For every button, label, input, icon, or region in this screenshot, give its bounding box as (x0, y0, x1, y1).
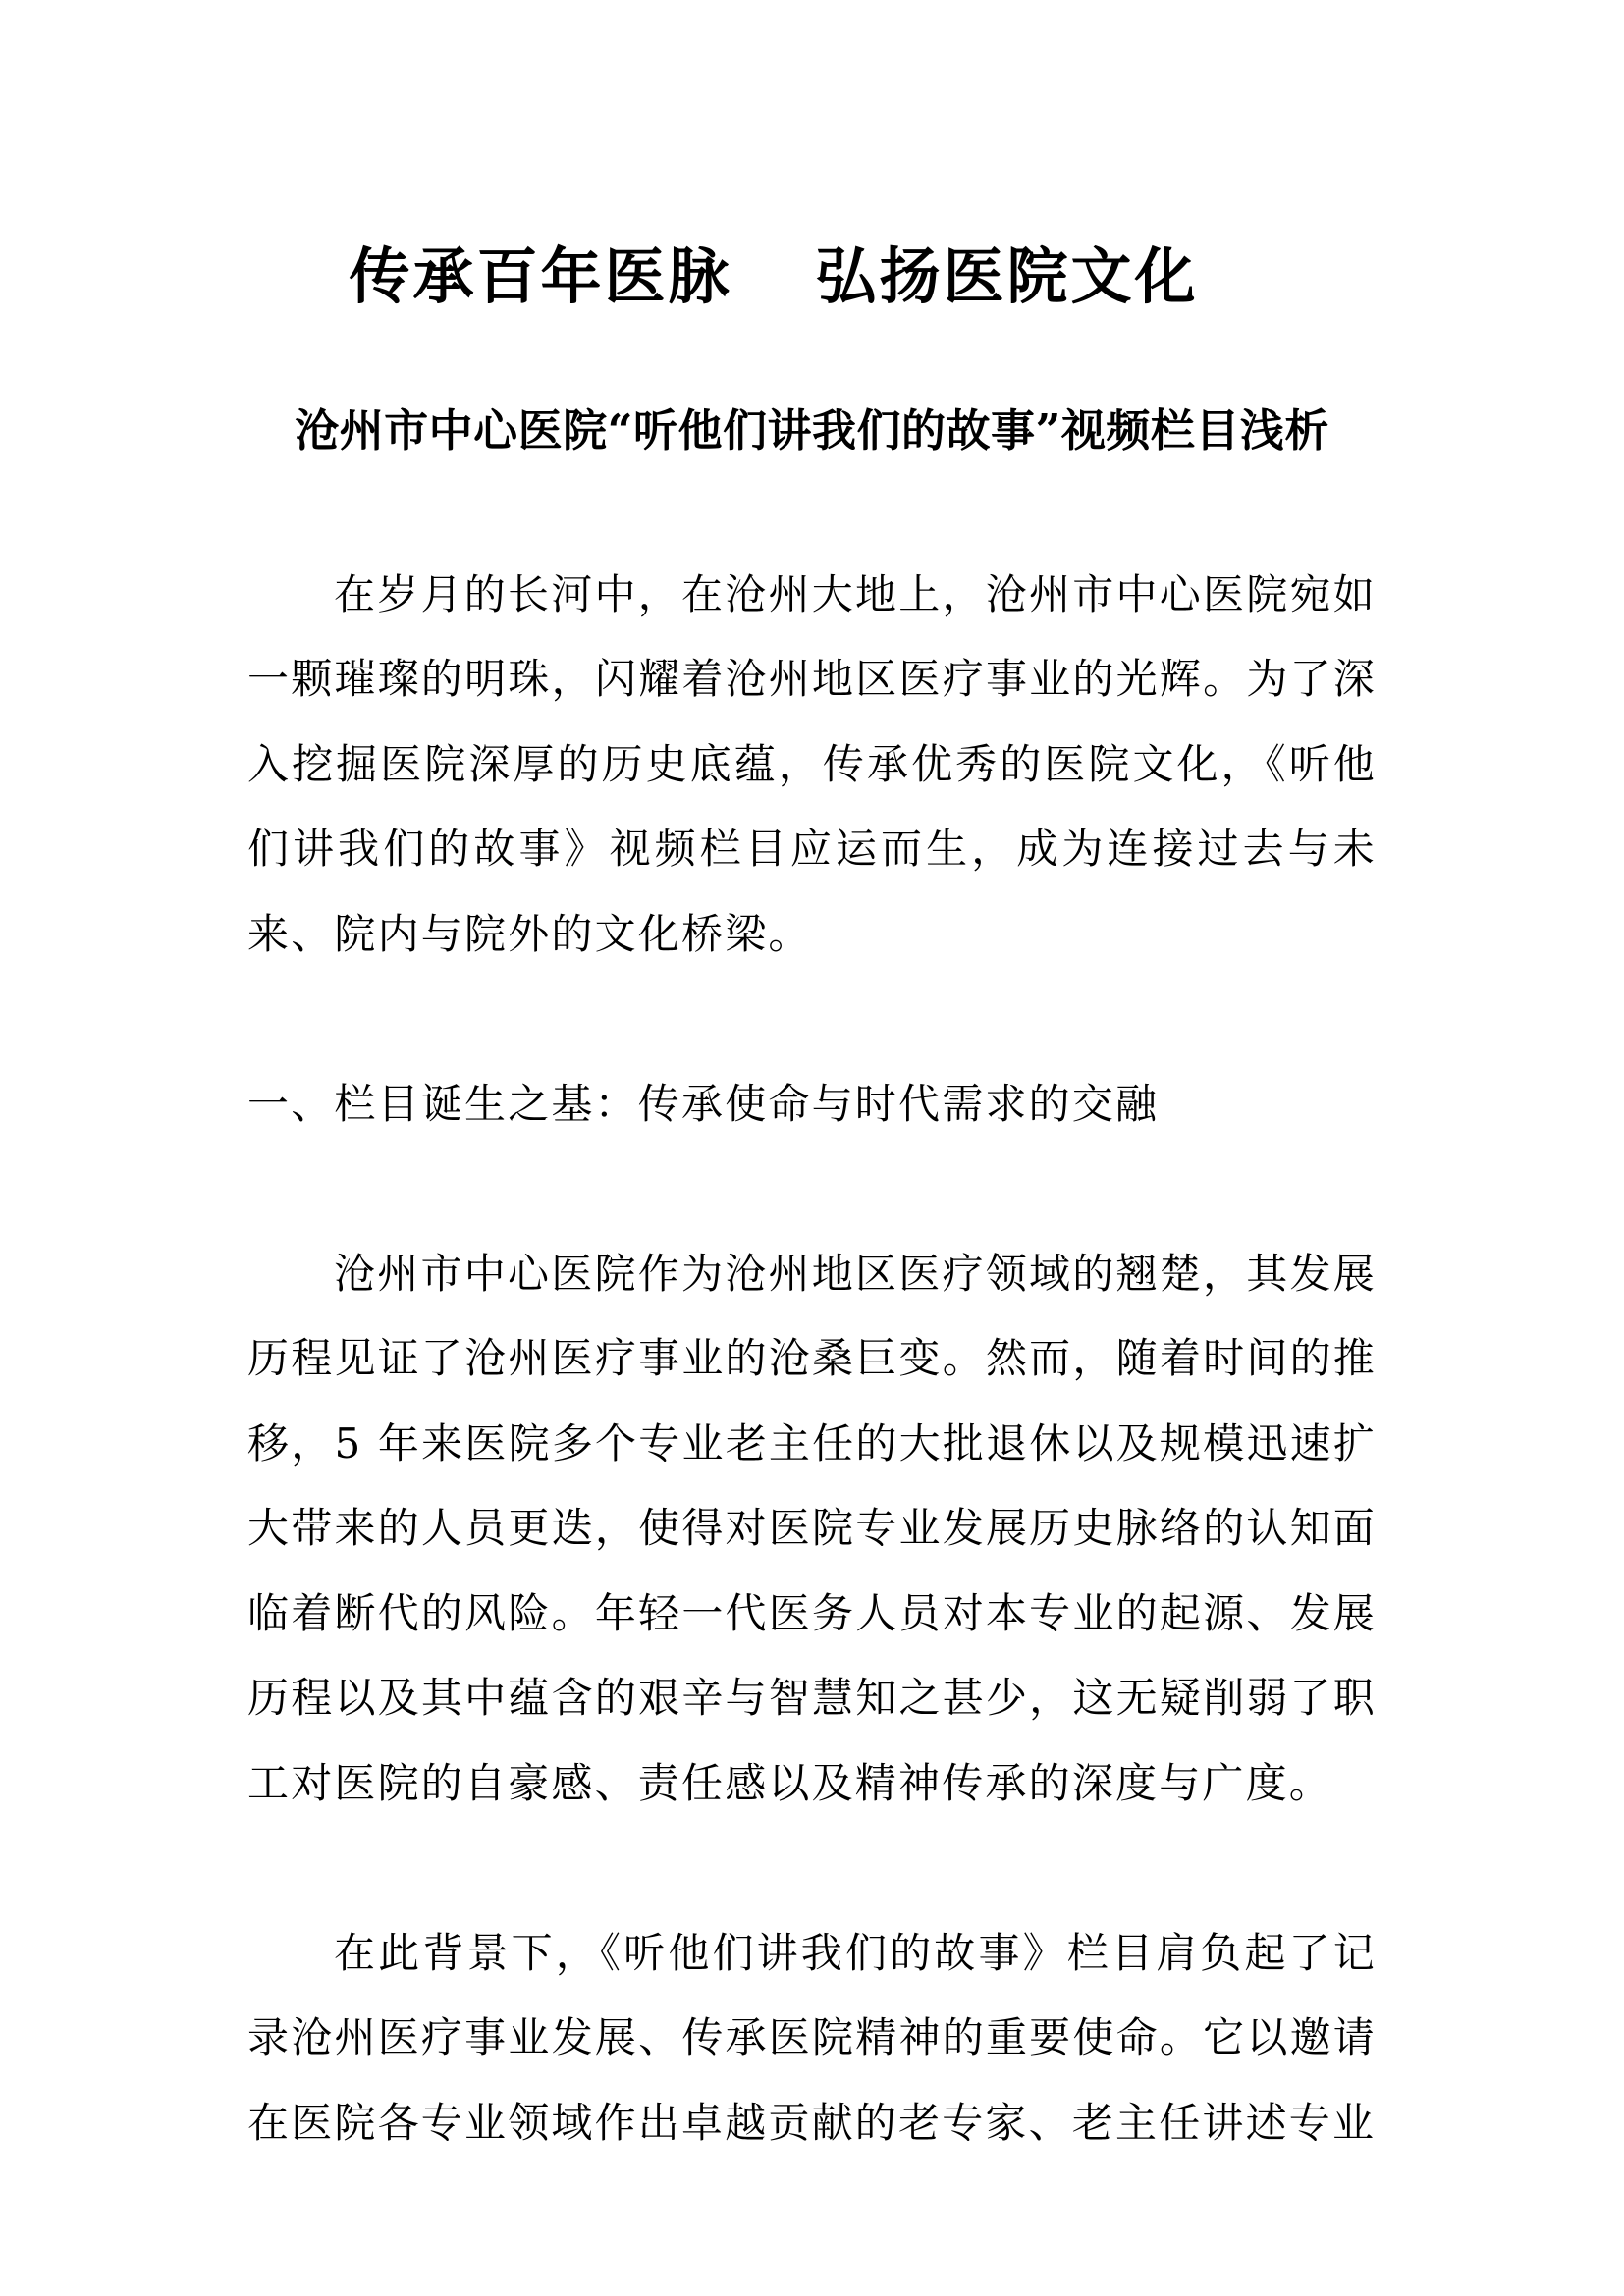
section-heading-1: 一、栏目诞生之基：传承使命与时代需求的交融 (247, 1062, 1377, 1148)
paragraph-background: 沧州市中心医院作为沧州地区医疗领域的翘楚，其发展历程见证了沧州医疗事业的沧桑巨变… (247, 1232, 1377, 1827)
document-page: 传承百年医脉 弘扬医院文化 沧州市中心医院“听他们讲我们的故事”视频栏目浅析 在… (0, 0, 1624, 2296)
doc-subtitle: 沧州市中心医院“听他们讲我们的故事”视频栏目浅析 (247, 408, 1377, 454)
doc-title: 传承百年医脉 弘扬医院文化 (209, 246, 1338, 307)
doc-title-part2: 弘扬医院文化 (816, 246, 1199, 307)
paragraph-intro: 在岁月的长河中，在沧州大地上，沧州市中心医院宛如一颗璀璨的明珠，闪耀着沧州地区医… (247, 553, 1377, 978)
paragraph-mission: 在此背景下，《听他们讲我们的故事》栏目肩负起了记录沧州医疗事业发展、传承医院精神… (247, 1911, 1377, 2166)
doc-title-part1: 传承百年医脉 (349, 246, 731, 307)
